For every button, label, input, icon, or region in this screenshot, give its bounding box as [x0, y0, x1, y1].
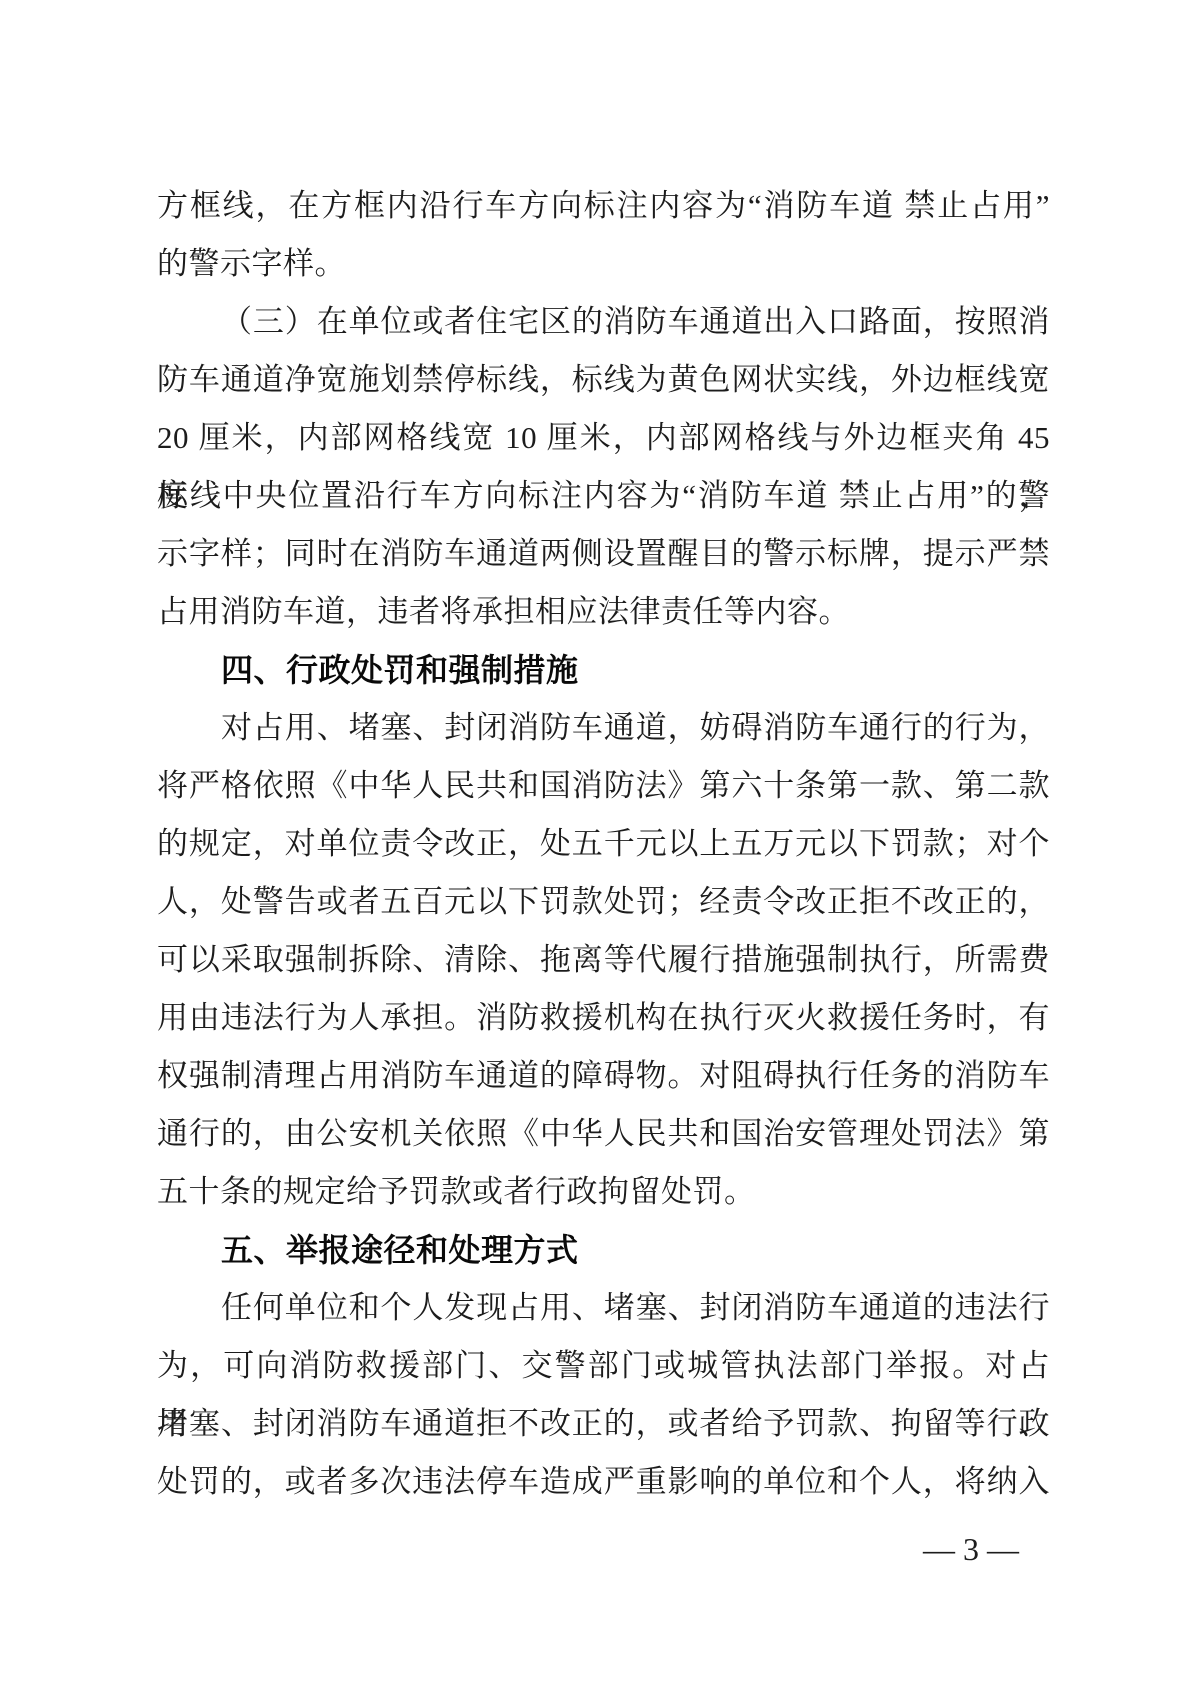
text-line: 示字样；同时在消防车通道两侧设置醒目的警示标牌，提示严禁	[157, 525, 1050, 583]
text-line: 占用消防车道，违者将承担相应法律责任等内容。	[157, 583, 1050, 641]
text-line: 五十条的规定给予罚款或者行政拘留处罚。	[157, 1163, 1050, 1221]
text-line: 权强制清理占用消防车通道的障碍物。对阻碍执行任务的消防车	[157, 1047, 1050, 1105]
text-line: 可以采取强制拆除、清除、拖离等代履行措施强制执行，所需费	[157, 931, 1050, 989]
page-number: — 3 —	[871, 1527, 1071, 1571]
text-line: 标线中央位置沿行车方向标注内容为“消防车道 禁止占用”的警	[157, 467, 1050, 525]
text-line: 方框线，在方框内沿行车方向标注内容为“消防车道 禁止占用”	[157, 177, 1050, 235]
text-line: 将严格依照《中华人民共和国消防法》第六十条第一款、第二款	[157, 757, 1050, 815]
text-line: 20 厘米，内部网格线宽 10 厘米，内部网格线与外边框夹角 45 度，	[157, 409, 1050, 467]
text-line: 用由违法行为人承担。消防救援机构在执行灭火救援任务时，有	[157, 989, 1050, 1047]
document-body: 方框线，在方框内沿行车方向标注内容为“消防车道 禁止占用”的警示字样。（三）在单…	[157, 177, 1050, 1511]
text-line: 的规定，对单位责令改正，处五千元以上五万元以下罚款；对个	[157, 815, 1050, 873]
text-line: 人，处警告或者五百元以下罚款处罚；经责令改正拒不改正的，	[157, 873, 1050, 931]
text-line: 堵塞、封闭消防车通道拒不改正的，或者给予罚款、拘留等行政	[157, 1395, 1050, 1453]
text-line: 对占用、堵塞、封闭消防车通道，妨碍消防车通行的行为，	[157, 699, 1050, 757]
section-heading: 四、行政处罚和强制措施	[157, 641, 1050, 699]
text-line: 任何单位和个人发现占用、堵塞、封闭消防车通道的违法行	[157, 1279, 1050, 1337]
section-heading: 五、举报途径和处理方式	[157, 1221, 1050, 1279]
text-line: （三）在单位或者住宅区的消防车通道出入口路面，按照消	[157, 293, 1050, 351]
text-line: 通行的，由公安机关依照《中华人民共和国治安管理处罚法》第	[157, 1105, 1050, 1163]
text-line: 为，可向消防救援部门、交警部门或城管执法部门举报。对占用、	[157, 1337, 1050, 1395]
text-line: 处罚的，或者多次违法停车造成严重影响的单位和个人，将纳入	[157, 1453, 1050, 1511]
document-page: 方框线，在方框内沿行车方向标注内容为“消防车道 禁止占用”的警示字样。（三）在单…	[0, 0, 1197, 1695]
text-line: 防车通道净宽施划禁停标线，标线为黄色网状实线，外边框线宽	[157, 351, 1050, 409]
text-line: 的警示字样。	[157, 235, 1050, 293]
